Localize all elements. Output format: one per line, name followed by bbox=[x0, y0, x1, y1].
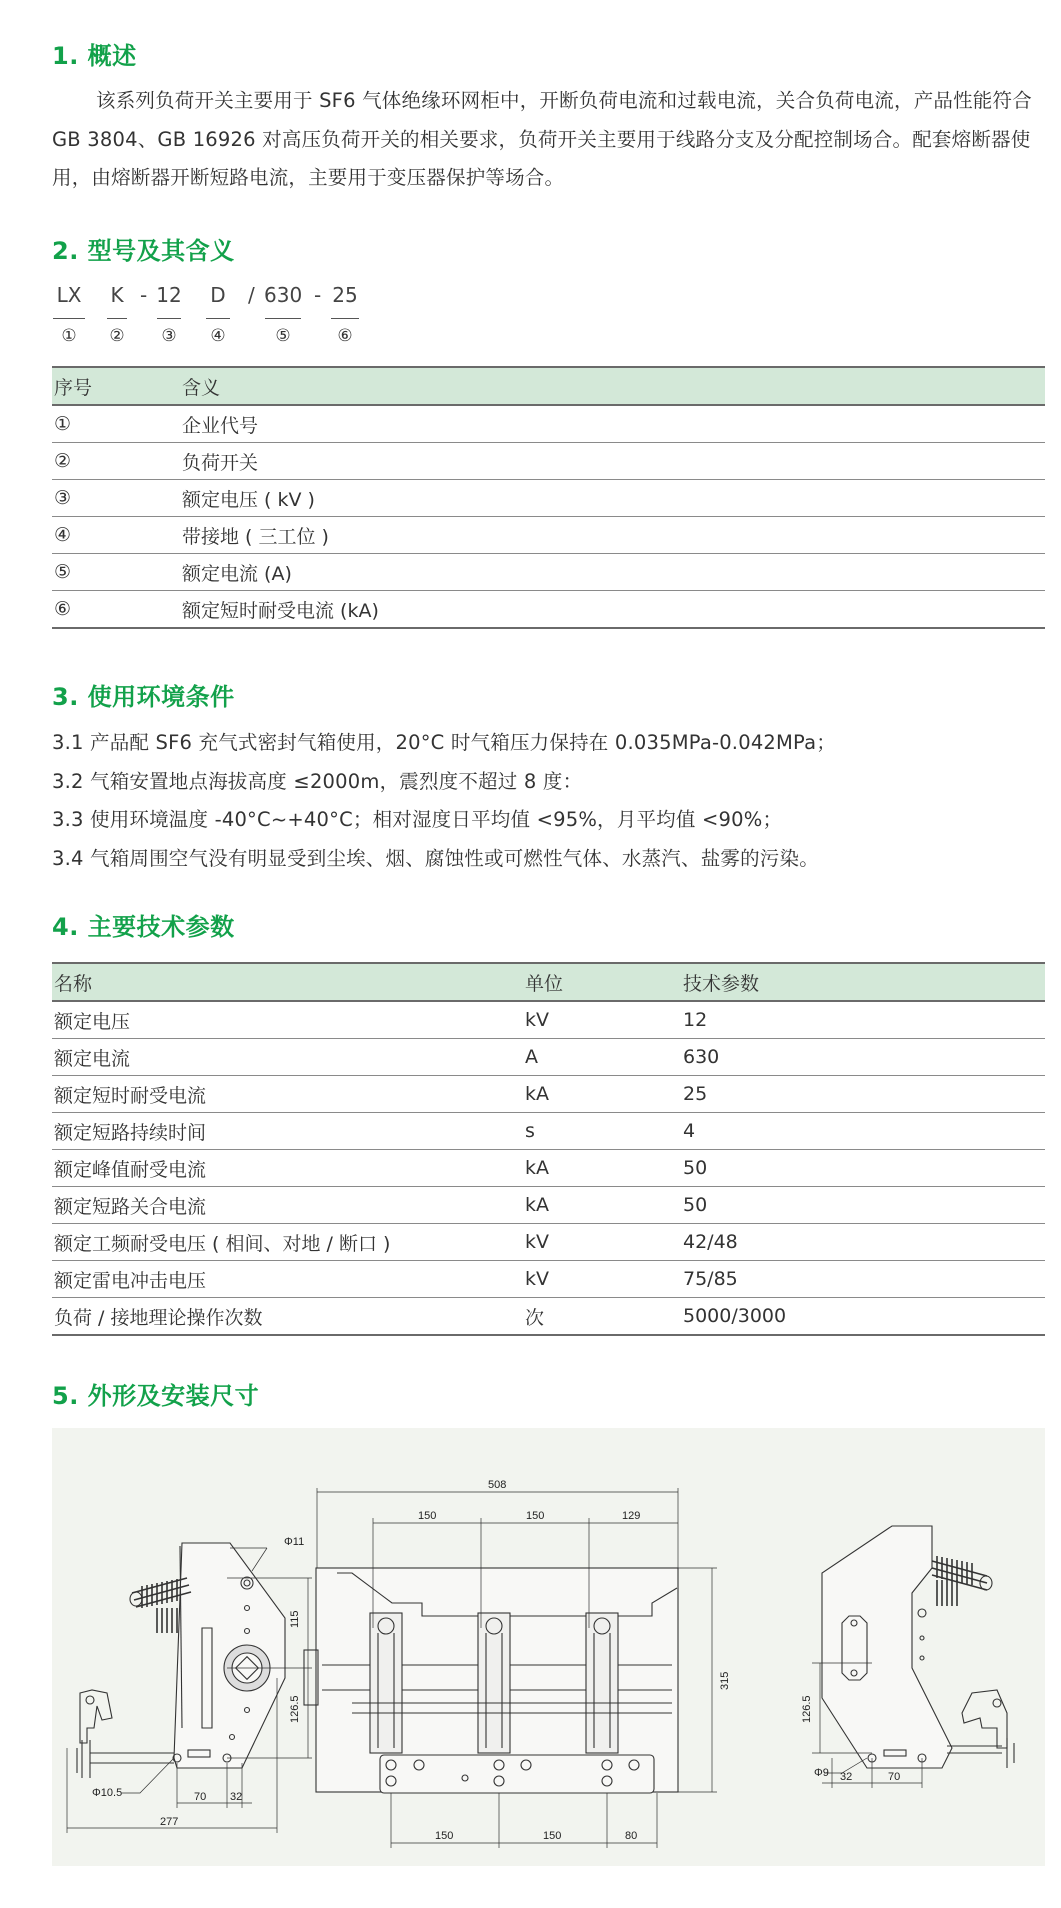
cell-meaning: 额定短时耐受电流 (kA) bbox=[180, 591, 1045, 629]
model-code-segment: 12 ③ bbox=[156, 282, 182, 347]
list-item: 3.3 使用环境温度 -40°C~+40°C；相对湿度日平均值 <95%，月平均… bbox=[52, 801, 1042, 840]
segment-underline bbox=[331, 318, 359, 319]
table-header-row: 名称 单位 技术参数 bbox=[52, 963, 1045, 1001]
table-row: 额定峰值耐受电流kA50 bbox=[52, 1150, 1045, 1187]
table-row: ③额定电压 ( kV ) bbox=[52, 480, 1045, 517]
table-row: 额定短路持续时间s4 bbox=[52, 1113, 1045, 1150]
dim-left-total: 277 bbox=[160, 1816, 178, 1828]
dim-left-v1: 115 bbox=[289, 1610, 301, 1628]
cell-meaning: 额定电流 (A) bbox=[180, 554, 1045, 591]
header-meaning: 含义 bbox=[180, 367, 1045, 405]
section-4-heading: 4. 主要技术参数 bbox=[52, 912, 235, 942]
cell-unit: kV bbox=[523, 1001, 681, 1039]
cell-value: 12 bbox=[681, 1001, 1045, 1039]
cell-value: 42/48 bbox=[681, 1224, 1045, 1261]
table-row: 负荷 / 接地理论操作次数次5000/3000 bbox=[52, 1298, 1045, 1336]
cell-name: 额定工频耐受电压 ( 相间、对地 / 断口 ) bbox=[52, 1224, 523, 1261]
cell-meaning: 带接地 ( 三工位 ) bbox=[180, 517, 1045, 554]
cell-unit: s bbox=[523, 1113, 681, 1150]
section-1-heading: 1. 概述 bbox=[52, 41, 137, 71]
cell-unit: kA bbox=[523, 1076, 681, 1113]
cell-name: 额定峰值耐受电流 bbox=[52, 1150, 523, 1187]
list-item: 3.4 气箱周围空气没有明显受到尘埃、烟、腐蚀性或可燃性气体、水蒸汽、盐雾的污染… bbox=[52, 840, 1042, 879]
segment-underline bbox=[107, 318, 127, 319]
dim-front-top1: 150 bbox=[418, 1510, 436, 1522]
segment-number: ⑥ bbox=[330, 325, 360, 347]
cell-name: 额定雷电冲击电压 bbox=[52, 1261, 523, 1298]
segment-underline bbox=[265, 318, 301, 319]
cell-value: 630 bbox=[681, 1039, 1045, 1076]
cell-name: 额定电压 bbox=[52, 1001, 523, 1039]
segment-text: K bbox=[110, 283, 123, 307]
right-side-view bbox=[812, 1526, 1014, 1788]
table-row: ④带接地 ( 三工位 ) bbox=[52, 517, 1045, 554]
section-2-heading: 2. 型号及其含义 bbox=[52, 236, 235, 266]
table-header-row: 序号 含义 bbox=[52, 367, 1045, 405]
dim-front-top3: 129 bbox=[622, 1510, 640, 1522]
dim-front-bot2: 150 bbox=[543, 1830, 561, 1842]
dim-front-top2: 150 bbox=[526, 1510, 544, 1522]
header-value: 技术参数 bbox=[681, 963, 1045, 1001]
cell-index: ① bbox=[52, 405, 180, 443]
cell-name: 额定短路关合电流 bbox=[52, 1187, 523, 1224]
model-code-segment: K ② bbox=[106, 282, 128, 347]
table-row: 额定电压kV12 bbox=[52, 1001, 1045, 1039]
segment-underline bbox=[53, 318, 85, 319]
cell-unit: A bbox=[523, 1039, 681, 1076]
dim-right-h1: 32 bbox=[840, 1771, 852, 1783]
cell-value: 4 bbox=[681, 1113, 1045, 1150]
dim-left-h1: 70 bbox=[194, 1791, 206, 1803]
table-row: ⑥额定短时耐受电流 (kA) bbox=[52, 591, 1045, 629]
overview-paragraph: 该系列负荷开关主要用于 SF6 气体绝缘环网柜中，开断负荷电流和过载电流，关合负… bbox=[52, 82, 1044, 198]
dim-left-hole-top: Φ11 bbox=[284, 1536, 304, 1548]
table-row: 额定短路关合电流kA50 bbox=[52, 1187, 1045, 1224]
cell-unit: kV bbox=[523, 1224, 681, 1261]
table-row: 额定短时耐受电流kA25 bbox=[52, 1076, 1045, 1113]
dim-left-v2: 126.5 bbox=[289, 1695, 301, 1723]
cell-index: ② bbox=[52, 443, 180, 480]
table-row: 额定雷电冲击电压kV75/85 bbox=[52, 1261, 1045, 1298]
cell-unit: kV bbox=[523, 1261, 681, 1298]
technical-parameters-table: 名称 单位 技术参数 额定电压kV12 额定电流A630 额定短时耐受电流kA2… bbox=[52, 962, 1045, 1336]
dim-front-total-width: 508 bbox=[488, 1479, 506, 1491]
segment-text: 12 bbox=[156, 283, 181, 307]
segment-text: 630 bbox=[264, 283, 302, 307]
dim-left-h2: 32 bbox=[230, 1791, 242, 1803]
model-code: LX ① K ② - 12 ③ D ④ / 630 ⑤ - 25 ⑥ bbox=[52, 282, 392, 352]
table-row: ①企业代号 bbox=[52, 405, 1045, 443]
segment-text: 25 bbox=[332, 283, 357, 307]
model-code-segment: 25 ⑥ bbox=[330, 282, 360, 347]
dim-front-bot1: 150 bbox=[435, 1830, 453, 1842]
cell-name: 额定电流 bbox=[52, 1039, 523, 1076]
cell-value: 75/85 bbox=[681, 1261, 1045, 1298]
cell-name: 额定短路持续时间 bbox=[52, 1113, 523, 1150]
segment-underline bbox=[206, 318, 230, 319]
segment-number: ③ bbox=[156, 325, 182, 347]
cell-index: ③ bbox=[52, 480, 180, 517]
segment-number: ① bbox=[52, 325, 86, 347]
segment-number: ⑤ bbox=[264, 325, 302, 347]
cell-meaning: 负荷开关 bbox=[180, 443, 1045, 480]
header-name: 名称 bbox=[52, 963, 523, 1001]
model-code-segment: D ④ bbox=[205, 282, 231, 347]
cell-unit: kA bbox=[523, 1150, 681, 1187]
cell-meaning: 额定电压 ( kV ) bbox=[180, 480, 1045, 517]
list-item: 3.1 产品配 SF6 充气式密封气箱使用，20°C 时气箱压力保持在 0.03… bbox=[52, 724, 1042, 763]
front-view bbox=[304, 1488, 717, 1848]
model-code-segment: LX ① bbox=[52, 282, 86, 347]
dimension-drawing: Φ11 115 126.5 Φ10.5 70 32 277 508 150 15… bbox=[52, 1428, 1045, 1866]
dim-front-height: 315 bbox=[719, 1672, 731, 1690]
cell-index: ④ bbox=[52, 517, 180, 554]
section-3-heading: 3. 使用环境条件 bbox=[52, 682, 235, 712]
segment-underline bbox=[157, 318, 181, 319]
cell-value: 50 bbox=[681, 1187, 1045, 1224]
environment-conditions-list: 3.1 产品配 SF6 充气式密封气箱使用，20°C 时气箱压力保持在 0.03… bbox=[52, 724, 1042, 878]
dim-right-hole: Φ9 bbox=[814, 1767, 829, 1779]
segment-text: D bbox=[210, 283, 225, 307]
cell-value: 25 bbox=[681, 1076, 1045, 1113]
segment-number: ④ bbox=[205, 325, 231, 347]
cell-unit: kA bbox=[523, 1187, 681, 1224]
model-code-separator: / bbox=[248, 282, 255, 308]
segment-number: ② bbox=[106, 325, 128, 347]
cell-index: ⑤ bbox=[52, 554, 180, 591]
header-unit: 单位 bbox=[523, 963, 681, 1001]
cell-meaning: 企业代号 bbox=[180, 405, 1045, 443]
cell-value: 5000/3000 bbox=[681, 1298, 1045, 1336]
table-row: ⑤额定电流 (A) bbox=[52, 554, 1045, 591]
table-row: ②负荷开关 bbox=[52, 443, 1045, 480]
table-row: 额定工频耐受电压 ( 相间、对地 / 断口 )kV42/48 bbox=[52, 1224, 1045, 1261]
drawing-svg: Φ11 115 126.5 Φ10.5 70 32 277 508 150 15… bbox=[52, 1428, 1045, 1866]
cell-index: ⑥ bbox=[52, 591, 180, 629]
model-code-segment: 630 ⑤ bbox=[264, 282, 302, 347]
dim-right-h2: 70 bbox=[888, 1771, 900, 1783]
segment-text: LX bbox=[57, 283, 82, 307]
cell-unit: 次 bbox=[523, 1298, 681, 1336]
cell-value: 50 bbox=[681, 1150, 1045, 1187]
model-code-separator: - bbox=[140, 282, 147, 308]
header-index: 序号 bbox=[52, 367, 180, 405]
table-row: 额定电流A630 bbox=[52, 1039, 1045, 1076]
model-code-separator: - bbox=[314, 282, 321, 308]
dim-right-v1: 126.5 bbox=[801, 1695, 813, 1723]
dim-front-bot3: 80 bbox=[625, 1830, 637, 1842]
dim-left-hole-bottom: Φ10.5 bbox=[92, 1787, 122, 1799]
cell-name: 额定短时耐受电流 bbox=[52, 1076, 523, 1113]
list-item: 3.2 气箱安置地点海拔高度 ≤2000m，震烈度不超过 8 度： bbox=[52, 763, 1042, 802]
section-5-heading: 5. 外形及安装尺寸 bbox=[52, 1381, 259, 1411]
cell-name: 负荷 / 接地理论操作次数 bbox=[52, 1298, 523, 1336]
model-meaning-table: 序号 含义 ①企业代号 ②负荷开关 ③额定电压 ( kV ) ④带接地 ( 三工… bbox=[52, 366, 1045, 629]
